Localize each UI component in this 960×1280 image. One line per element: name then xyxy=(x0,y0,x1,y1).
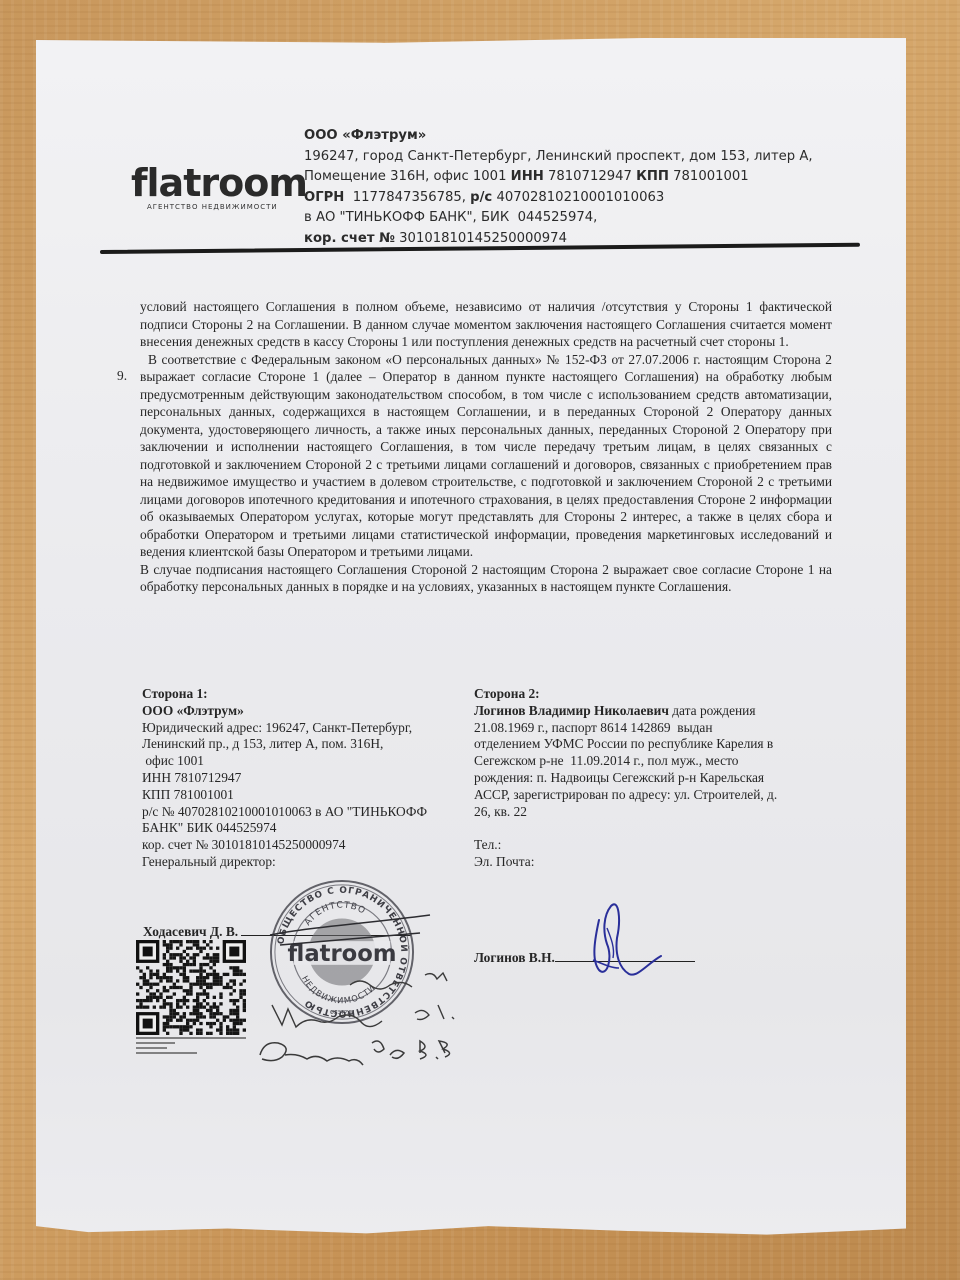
party-2-line: рождения: п. Надвоицы Сегежский р-н Каре… xyxy=(474,770,804,787)
company-logo: flatroom АГЕНТСТВО НЕДВИЖИМОСТИ xyxy=(131,163,307,211)
party-1-line: офис 1001 xyxy=(142,753,462,770)
party-2-line: 21.08.1969 г., паспорт 8614 142869 выдан xyxy=(474,720,804,737)
logo-wordmark: flatroom xyxy=(131,163,307,203)
ogrn-value: 1177847356785, xyxy=(344,190,470,205)
ks-value: 30101810145250000974 xyxy=(395,231,567,246)
company-bank: в АО "ТИНЬКОФФ БАНК", БИК 044525974, xyxy=(304,208,813,229)
party-2-line: 26, кв. 22 xyxy=(474,804,804,821)
party-1-line: КПП 781001001 xyxy=(142,787,462,804)
kpp-label: КПП xyxy=(636,169,669,184)
party-2-heading: Сторона 2: xyxy=(474,686,804,703)
party-2-name: Логинов Владимир Николаевич xyxy=(474,703,669,718)
rs-label: р/с xyxy=(470,190,492,205)
party-2-email-label: Эл. Почта: xyxy=(474,854,804,871)
party-2-phone-label: Тел.: xyxy=(474,837,804,854)
party-1-line: р/с № 40702810210001010063 в АО "ТИНЬКОФ… xyxy=(142,804,462,821)
rs-value: 40702810210001010063 xyxy=(492,190,664,205)
ogrn-label: ОГРН xyxy=(304,190,344,205)
clause-9-consent-paragraph: В случае подписания настоящего Соглашени… xyxy=(140,561,832,596)
inn-label: ИНН xyxy=(511,169,544,184)
company-premises: Помещение 316Н, офис 1001 ИНН 7810712947… xyxy=(304,167,813,188)
party-1-line: Ленинский пр., д 153, литер А, пом. 316Н… xyxy=(142,736,462,753)
company-name: ООО «Флэтрум» xyxy=(304,126,813,147)
party-1-line: БАНК" БИК 044525974 xyxy=(142,820,462,837)
company-ogrn: ОГРН 1177847356785, р/с 4070281021000101… xyxy=(304,188,813,209)
party-1-name: ООО «Флэтрум» xyxy=(142,703,462,720)
company-address: 196247, город Санкт-Петербург, Ленинский… xyxy=(304,147,813,168)
premises-text: Помещение 316Н, офис 1001 xyxy=(304,169,511,184)
party-2-line: отделением УФМС России по республике Кар… xyxy=(474,736,804,753)
qr-caption xyxy=(136,1037,246,1057)
party-2-block: Сторона 2: Логинов Владимир Николаевич д… xyxy=(474,686,804,871)
clause-9-paragraph: В соответствие с Федеральным законом «О … xyxy=(140,351,832,561)
party-2-name-suffix: дата рождения xyxy=(669,703,756,718)
director-handwritten-notes xyxy=(250,905,490,1080)
party-2-line: АССР, зарегистрирован по адресу: ул. Стр… xyxy=(474,787,804,804)
continuation-paragraph: условий настоящего Соглашения в полном о… xyxy=(140,298,832,351)
party-1-line: кор. счет № 30101810145250000974 xyxy=(142,837,462,854)
party-2-handwritten-signature xyxy=(585,898,675,988)
party-2-name-line: Логинов Владимир Николаевич дата рождени… xyxy=(474,703,804,720)
party-1-line: Генеральный директор: xyxy=(142,854,462,871)
kpp-value: 781001001 xyxy=(669,169,749,184)
party-1-line: Юридический адрес: 196247, Санкт-Петербу… xyxy=(142,720,462,737)
party-1-block: Сторона 1: ООО «Флэтрум» Юридический адр… xyxy=(142,686,462,871)
party-2-line: Сегежском р-не 11.09.2014 г., пол муж., … xyxy=(474,753,804,770)
letterhead-details: ООО «Флэтрум» 196247, город Санкт-Петерб… xyxy=(304,126,813,249)
inn-value: 7810712947 xyxy=(544,169,636,184)
party-1-heading: Сторона 1: xyxy=(142,686,462,703)
clause-number: 9. xyxy=(117,368,127,384)
ks-label: кор. счет № xyxy=(304,231,395,246)
qr-code xyxy=(136,940,246,1035)
agreement-body: условий настоящего Соглашения в полном о… xyxy=(140,298,832,596)
party-1-line: ИНН 7810712947 xyxy=(142,770,462,787)
party-1-signatory: Ходасевич Д. В. xyxy=(143,924,238,939)
